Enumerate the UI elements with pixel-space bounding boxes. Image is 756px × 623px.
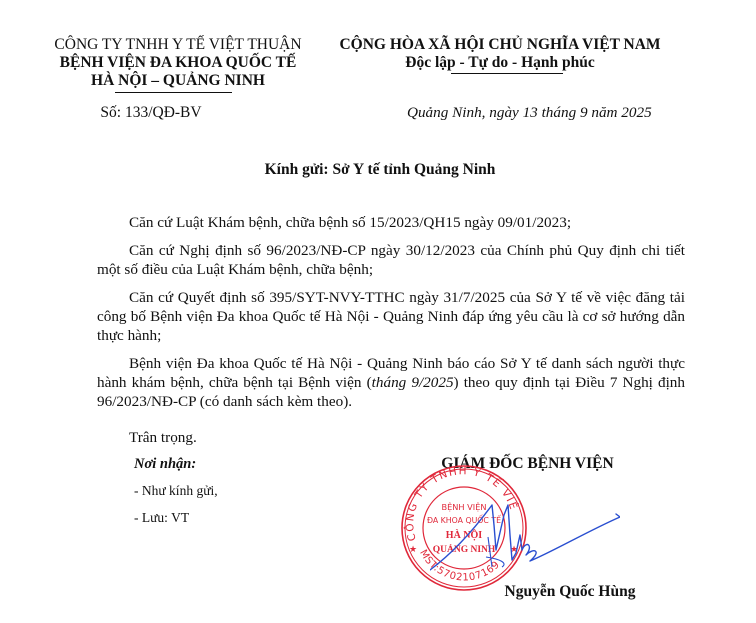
national-motto: Độc lập - Tự do - Hạnh phúc xyxy=(330,54,670,72)
company-name: CÔNG TY TNHH Y TẾ VIỆT THUẬN xyxy=(40,36,316,54)
recipient-item: - Như kính gửi, xyxy=(134,483,218,499)
recipients-title: Nơi nhận: xyxy=(134,456,196,473)
hospital-name-line2: HÀ NỘI – QUẢNG NINH xyxy=(40,72,316,90)
paragraph-text: Căn cứ Quyết định số 395/SYT-NVY-TTHC ng… xyxy=(97,289,685,344)
recipient-line: Kính gửi: Sở Y tế tỉnh Quảng Ninh xyxy=(200,161,560,179)
recipient-item: - Lưu: VT xyxy=(134,510,189,526)
seal-star-icon: ★ xyxy=(409,545,417,555)
paragraph-report: Bệnh viện Đa khoa Quốc tế Hà Nội - Quảng… xyxy=(97,354,685,411)
signature-icon xyxy=(430,495,620,575)
paragraph-legal-basis-3: Căn cứ Quyết định số 395/SYT-NVY-TTHC ng… xyxy=(97,288,685,345)
paragraph-legal-basis-1: Căn cứ Luật Khám bệnh, chữa bệnh số 15/2… xyxy=(97,213,685,232)
signer-name: Nguyễn Quốc Hùng xyxy=(470,583,670,601)
national-title: CỘNG HÒA XÃ HỘI CHỦ NGHĨA VIỆT NAM xyxy=(330,36,670,54)
header-left-underline xyxy=(115,92,232,93)
motto-underline xyxy=(451,73,563,74)
paragraph-legal-basis-2: Căn cứ Nghị định số 96/2023/NĐ-CP ngày 3… xyxy=(97,241,685,279)
hospital-name-line1: BỆNH VIỆN ĐA KHOA QUỐC TẾ xyxy=(40,54,316,72)
place-date: Quảng Ninh, ngày 13 tháng 9 năm 2025 xyxy=(407,104,652,122)
paragraph-text: Căn cứ Nghị định số 96/2023/NĐ-CP ngày 3… xyxy=(97,242,685,278)
paragraph-text: Căn cứ Luật Khám bệnh, chữa bệnh số 15/2… xyxy=(129,214,571,231)
report-period: tháng 9/2025 xyxy=(372,374,454,391)
closing: Trân trọng. xyxy=(129,429,197,447)
document-number: Số: 133/QĐ-BV xyxy=(40,104,262,122)
